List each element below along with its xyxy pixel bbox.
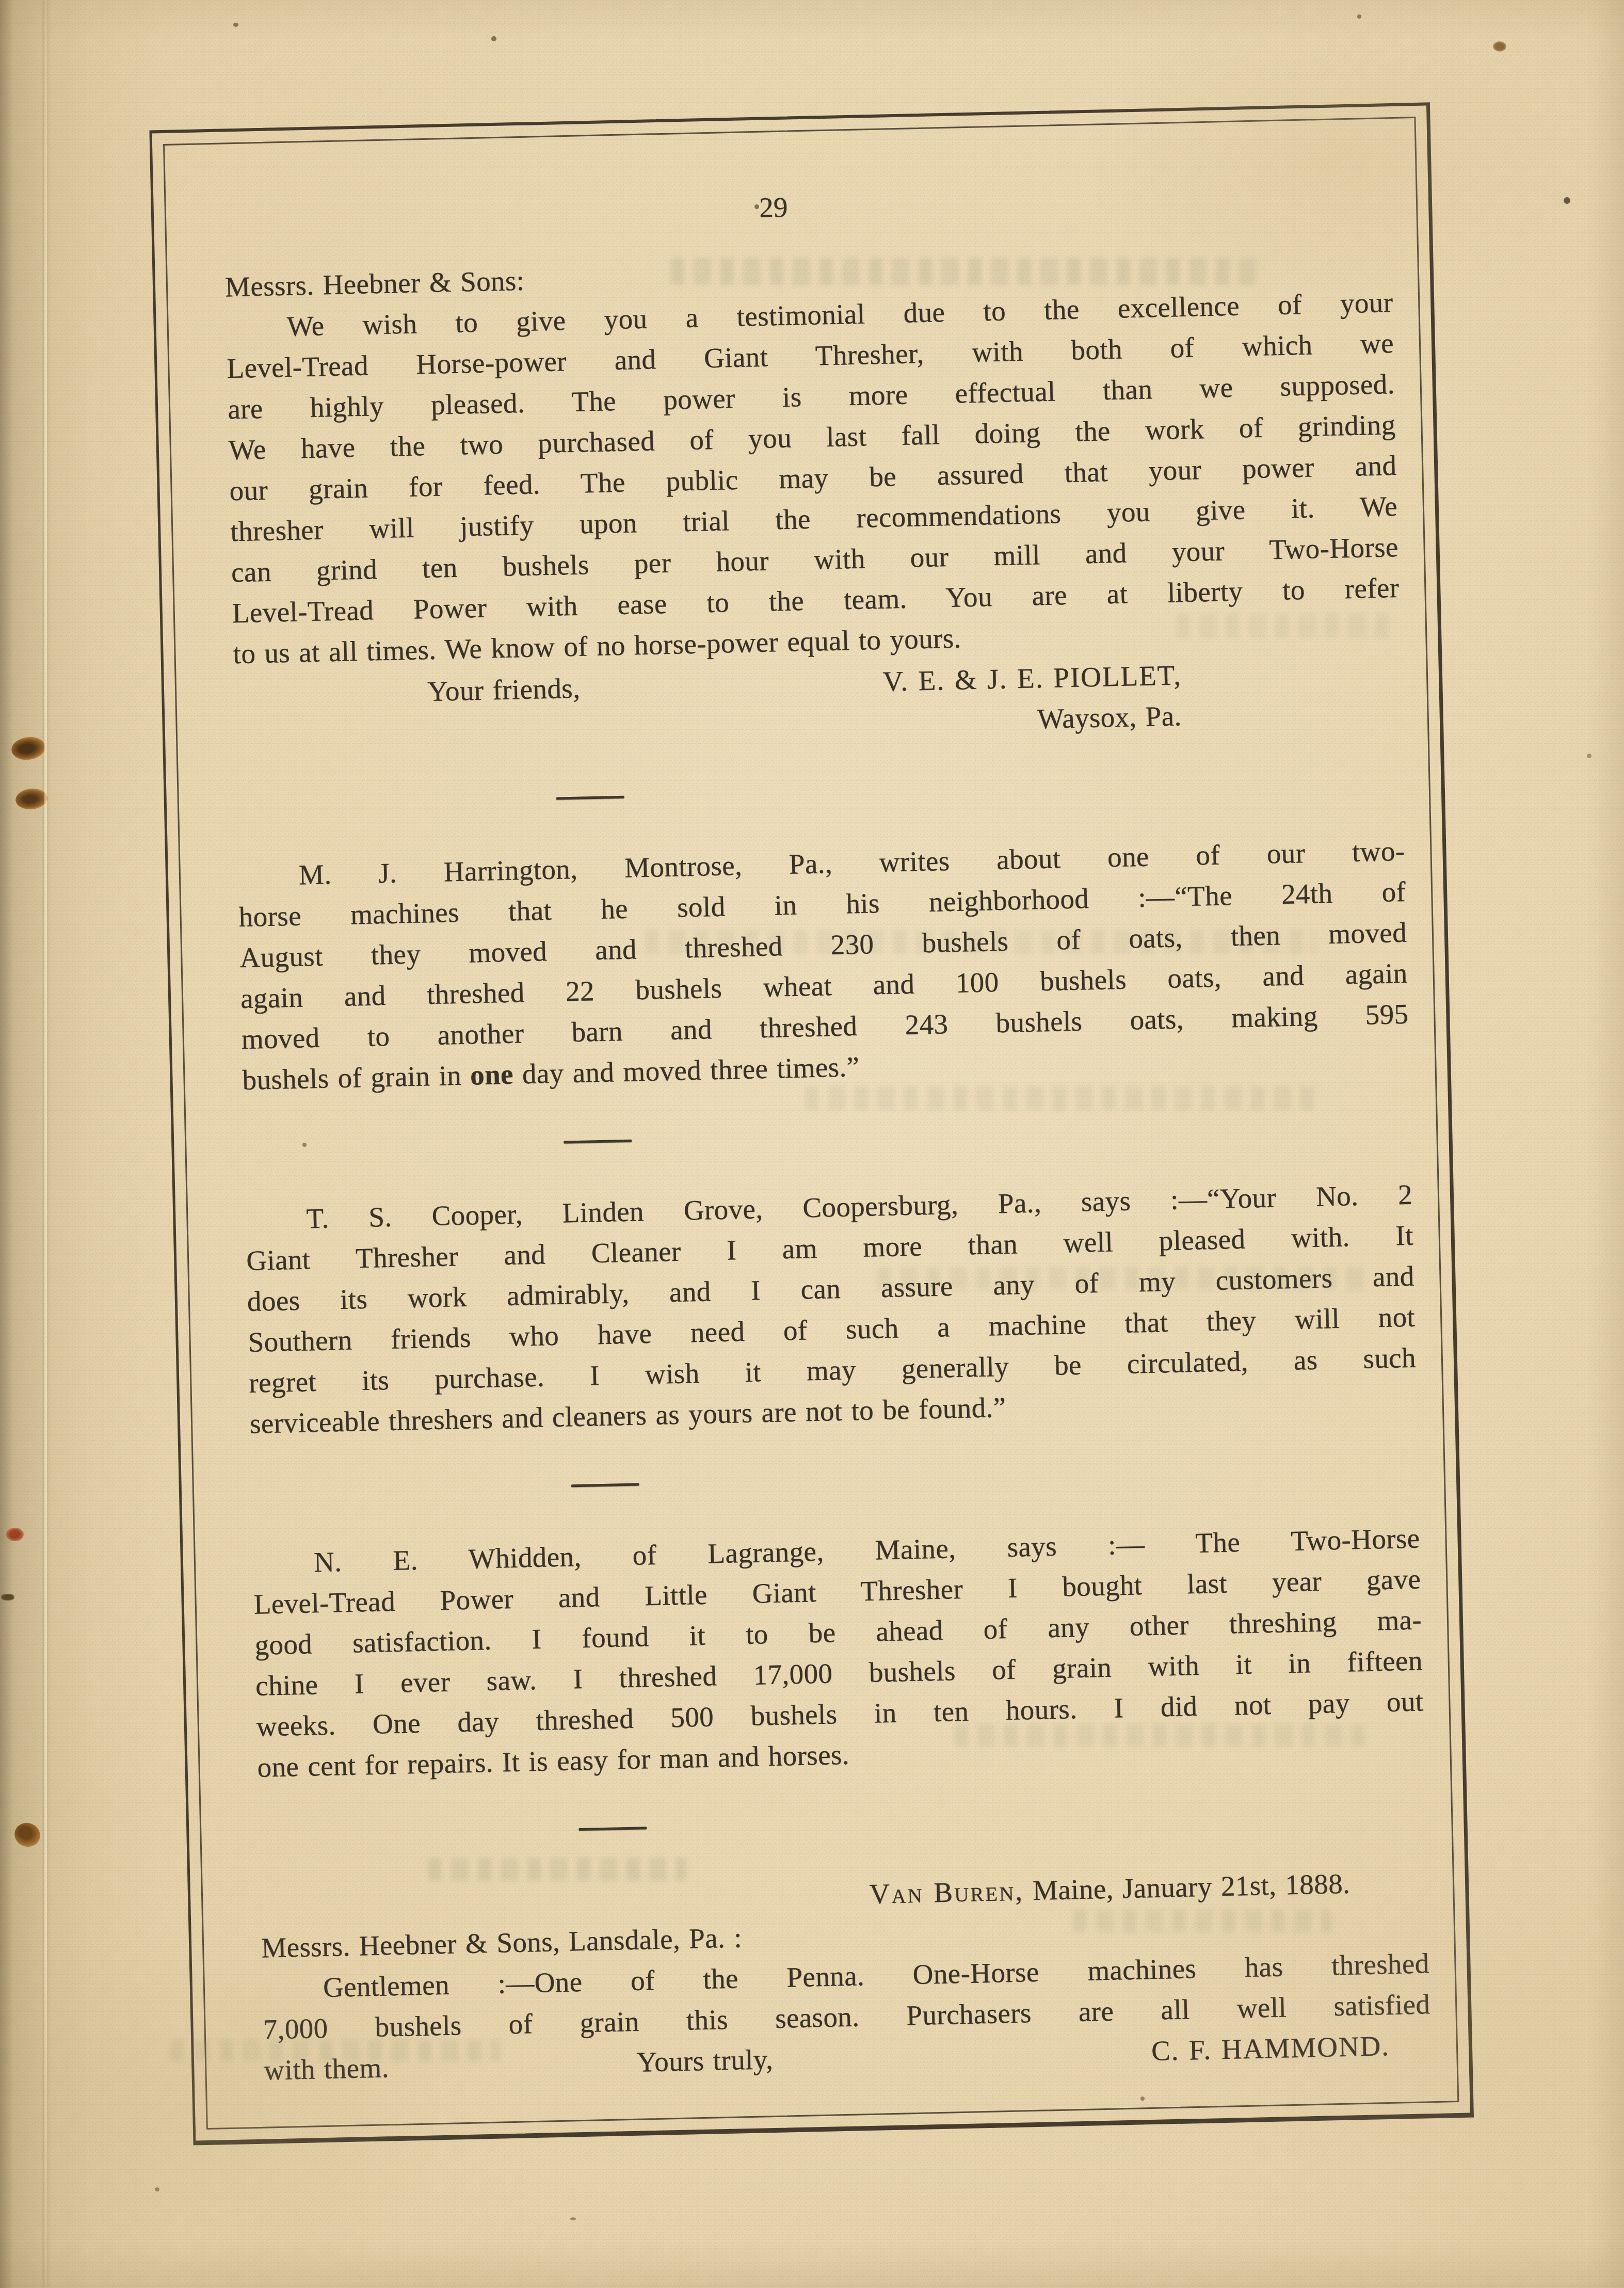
hammond-valediction: Yours truly, xyxy=(636,2039,774,2083)
stain-spot xyxy=(570,2217,576,2220)
whidden-paragraph: N. E. Whidden, of Lagrange, Maine, says … xyxy=(252,1517,1425,1787)
section-divider-rule xyxy=(578,1827,647,1831)
section-divider-rule xyxy=(556,796,624,800)
cooper-testimonial: T. S. Cooper, Linden Grove, Coopersburg,… xyxy=(245,1174,1418,1444)
section-divider-rule xyxy=(564,1140,632,1144)
piollet-signature: V. E. & J. E. PIOLLET, xyxy=(882,654,1182,702)
page-border-frame: 29 Messrs. Heebner & Sons: We wish to gi… xyxy=(149,102,1474,2145)
stain-spot xyxy=(14,787,49,811)
hammond-continuation: with them. xyxy=(264,2047,390,2090)
section-divider-rule xyxy=(571,1483,639,1487)
harrington-testimonial: M. J. Harrington, Montrose, Pa., writes … xyxy=(237,830,1410,1100)
stain-spot xyxy=(491,36,496,41)
harrington-paragraph: M. J. Harrington, Montrose, Pa., writes … xyxy=(237,830,1410,1100)
piollet-body-paragraph: We wish to give you a testimonial due to… xyxy=(226,282,1401,674)
piollet-valediction: Your friends, xyxy=(427,668,581,712)
stain-spot xyxy=(1493,41,1506,52)
binding-crease xyxy=(44,0,47,2288)
whidden-testimonial: N. E. Whidden, of Lagrange, Maine, says … xyxy=(252,1517,1425,1787)
hammond-letter: Van Buren, Maine, January 21st, 1888. Me… xyxy=(260,1861,1432,2090)
stain-spot xyxy=(155,2187,159,2191)
stain-spot xyxy=(11,1819,44,1850)
piollet-letter: Messrs. Heebner & Sons: We wish to give … xyxy=(224,241,1402,757)
stain-spot xyxy=(10,735,46,762)
hammond-date-place: Van Buren, xyxy=(869,1875,1024,1910)
page-content: 29 Messrs. Heebner & Sons: We wish to gi… xyxy=(223,173,1431,2090)
book-page: 29 Messrs. Heebner & Sons: We wish to gi… xyxy=(0,0,1624,2288)
hammond-date-rest: Maine, January 21st, 1888. xyxy=(1023,1868,1350,1907)
stain-spot xyxy=(1564,197,1570,204)
piollet-place-text: Waysox, Pa. xyxy=(1037,700,1182,734)
hammond-signature: C. F. HAMMOND. xyxy=(1151,2025,1390,2071)
stain-spot xyxy=(1,1594,14,1601)
stain-spot xyxy=(233,23,238,27)
stain-spot xyxy=(6,1528,24,1541)
stain-spot xyxy=(1587,754,1591,758)
stain-spot xyxy=(1357,14,1361,19)
page-number: 29 xyxy=(223,173,1391,239)
cooper-paragraph: T. S. Cooper, Linden Grove, Coopersburg,… xyxy=(245,1174,1418,1444)
